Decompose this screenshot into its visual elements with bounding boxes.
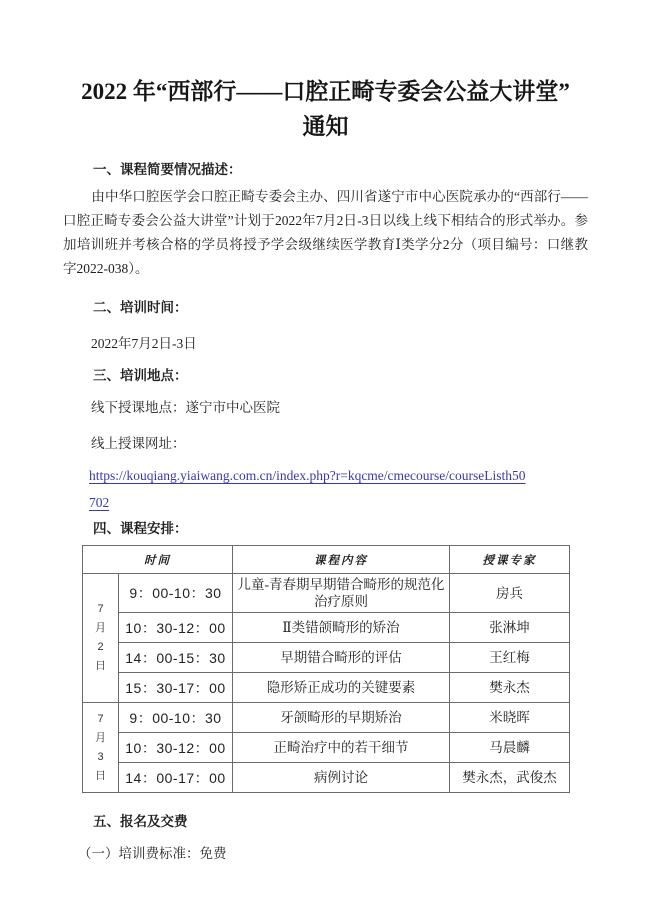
course-schedule-table: 时间 课程内容 授课专家 7 月 2 日 9：00-10：30 儿童-青春期早期… [82, 545, 570, 793]
document-body: 2022 年“西部行——口腔正畸专委会公益大讲堂” 通知 一、课程简要情况描述：… [0, 74, 650, 863]
document-page: 2022 年“西部行——口腔正畸专委会公益大讲堂” 通知 一、课程简要情况描述：… [0, 0, 650, 919]
header-topic: 课程内容 [233, 546, 450, 574]
training-time-text: 2022年7月2日-3日 [63, 334, 588, 353]
header-speaker: 授课专家 [450, 546, 570, 574]
speaker-cell: 马晨麟 [450, 733, 570, 763]
table-header-row: 时间 课程内容 授课专家 [83, 546, 570, 574]
course-url-line-2[interactable]: 702 [89, 489, 588, 516]
date-cell-july-3: 7 月 3 日 [83, 703, 119, 793]
table-row: 15：30-17：00 隐形矫正成功的关键要素 樊永杰 [83, 673, 570, 703]
speaker-cell: 张淋坤 [450, 613, 570, 643]
table-row: 14：00-17：00 病例讨论 樊永杰，武俊杰 [83, 763, 570, 793]
time-cell: 10：30-12：00 [119, 733, 233, 763]
topic-cell: 早期错合畸形的评估 [233, 643, 450, 673]
table-row: 14：00-15：30 早期错合畸形的评估 王红梅 [83, 643, 570, 673]
table-row: 7 月 2 日 9：00-10：30 儿童-青春期早期错合畸形的规范化治疗原则 … [83, 574, 570, 613]
topic-cell: 正畸治疗中的若干细节 [233, 733, 450, 763]
speaker-cell: 房兵 [450, 574, 570, 613]
time-cell: 9：00-10：30 [119, 574, 233, 613]
table-row: 10：30-12：00 正畸治疗中的若干细节 马晨麟 [83, 733, 570, 763]
speaker-cell: 王红梅 [450, 643, 570, 673]
offline-location-text: 线下授课地点：遂宁市中心医院 [63, 398, 588, 417]
section1-paragraph: 由中华口腔医学会口腔正畸专委会主办、四川省遂宁市中心医院承办的“西部行——口腔正… [63, 185, 588, 281]
date-cell-july-2: 7 月 2 日 [83, 574, 119, 703]
course-url-line-1[interactable]: https://kouqiang.yiaiwang.com.cn/index.p… [89, 462, 588, 489]
time-cell: 9：00-10：30 [119, 703, 233, 733]
time-cell: 10：30-12：00 [119, 613, 233, 643]
table-row: 10：30-12：00 Ⅱ类错颌畸形的矫治 张淋坤 [83, 613, 570, 643]
time-cell: 14：00-15：30 [119, 643, 233, 673]
section5-heading: 五、报名及交费 [63, 812, 588, 831]
header-time: 时间 [83, 546, 233, 574]
speaker-cell: 樊永杰 [450, 673, 570, 703]
table-row: 7 月 3 日 9：00-10：30 牙颌畸形的早期矫治 米晓晖 [83, 703, 570, 733]
speaker-cell: 樊永杰，武俊杰 [450, 763, 570, 793]
title-line-2: 通知 [63, 109, 588, 144]
topic-cell: 隐形矫正成功的关键要素 [233, 673, 450, 703]
document-title: 2022 年“西部行——口腔正畸专委会公益大讲堂” 通知 [63, 74, 588, 144]
speaker-cell: 米晓晖 [450, 703, 570, 733]
section1-heading: 一、课程简要情况描述： [63, 160, 588, 179]
section2-heading: 二、培训时间： [63, 298, 588, 317]
time-cell: 15：30-17：00 [119, 673, 233, 703]
topic-cell: 病例讨论 [233, 763, 450, 793]
time-cell: 14：00-17：00 [119, 763, 233, 793]
topic-cell: 牙颌畸形的早期矫治 [233, 703, 450, 733]
course-url-link[interactable]: https://kouqiang.yiaiwang.com.cn/index.p… [63, 462, 588, 516]
topic-cell: Ⅱ类错颌畸形的矫治 [233, 613, 450, 643]
topic-cell: 儿童-青春期早期错合畸形的规范化治疗原则 [233, 574, 450, 613]
section4-heading: 四、课程安排： [63, 519, 588, 538]
online-url-label: 线上授课网址： [63, 434, 588, 453]
fee-standard-text: （一）培训费标准：免费 [63, 844, 588, 863]
section3-heading: 三、培训地点： [63, 366, 588, 385]
title-line-1: 2022 年“西部行——口腔正畸专委会公益大讲堂” [63, 74, 588, 109]
